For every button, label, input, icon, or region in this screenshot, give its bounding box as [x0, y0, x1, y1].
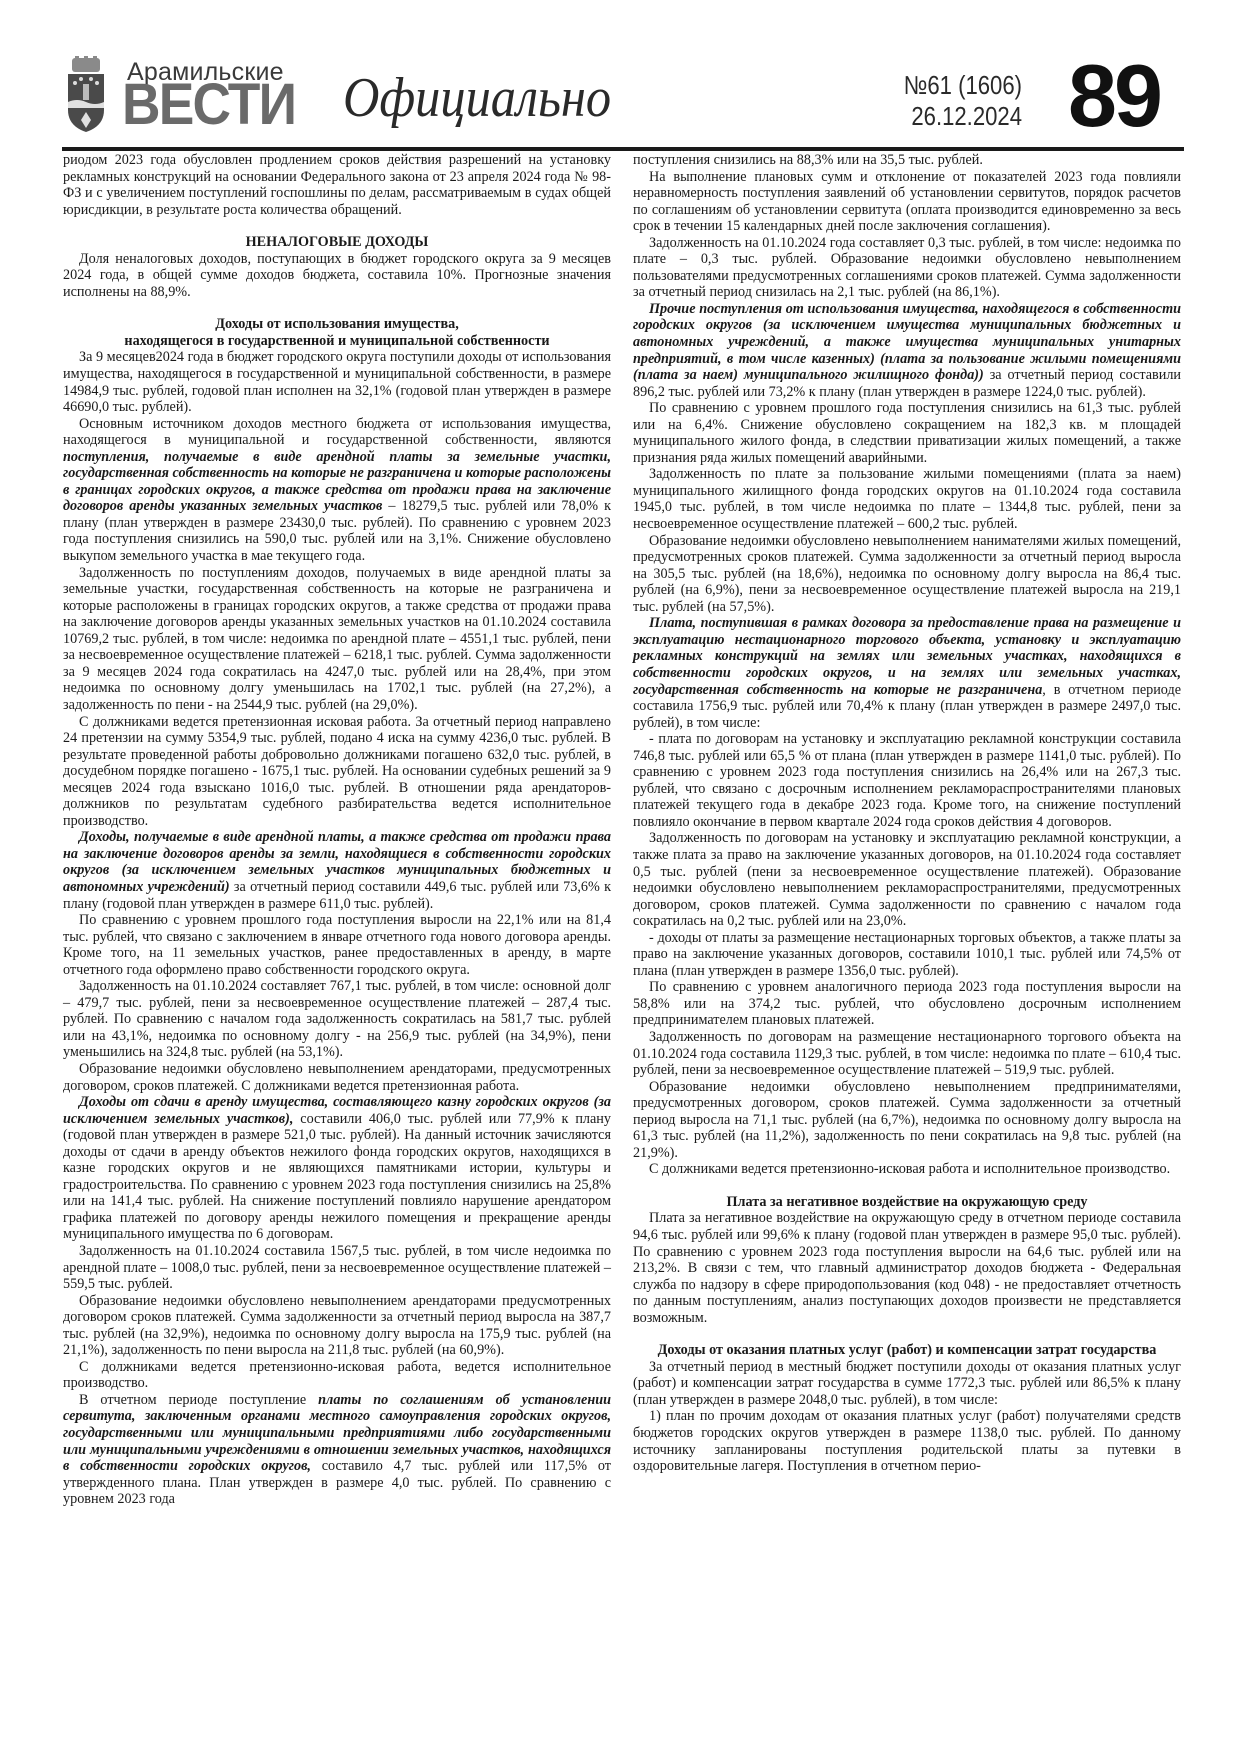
paragraph: Плата за негативное воздействие на окруж… — [633, 1210, 1181, 1326]
paragraph: Образование недоимки обусловлено невыпол… — [633, 533, 1181, 616]
issue-date: 26.12.2024 — [903, 101, 1022, 132]
column-right: поступления снизились на 88,3% или на 35… — [633, 152, 1181, 1475]
paragraph: Доходы, получаемые в виде арендной платы… — [63, 829, 611, 912]
paragraph: Задолженность по договорам на установку … — [633, 830, 1181, 929]
paragraph: поступления снизились на 88,3% или на 35… — [633, 152, 1181, 169]
newspaper-header: Арамильские ВЕСТИ Официально №61 (1606) … — [60, 50, 1188, 146]
paragraph: Прочие поступления от использования имущ… — [633, 301, 1181, 400]
issue-number: №61 (1606) — [903, 70, 1022, 101]
paragraph: Образование недоимки обусловлено невыпол… — [63, 1293, 611, 1359]
heading-line: Доходы от использования имущества, — [215, 316, 459, 332]
text: В отчетном периоде поступление — [79, 1392, 318, 1408]
paragraph: Плата, поступившая в рамках договора за … — [633, 615, 1181, 731]
paragraph: Основным источником доходов местного бюд… — [63, 416, 611, 565]
issue-info: №61 (1606) 26.12.2024 — [903, 70, 1022, 132]
paragraph: риодом 2023 года обусловлен продлением с… — [63, 152, 611, 218]
paragraph: Задолженность на 01.10.2024 составила 15… — [63, 1243, 611, 1293]
paragraph: С должниками ведется претензионная исков… — [63, 714, 611, 830]
paragraph: За отчетный период в местный бюджет пост… — [633, 1359, 1181, 1409]
section-title: Официально — [343, 66, 611, 130]
paragraph: На выполнение плановых сумм и отклонение… — [633, 169, 1181, 235]
paragraph: С должниками ведется претензионно-искова… — [633, 1161, 1181, 1178]
paragraph: 1) план по прочим доходам от оказания пл… — [633, 1408, 1181, 1474]
paragraph: Доходы от сдачи в аренду имущества, сост… — [63, 1094, 611, 1243]
paragraph: Задолженность на 01.10.2024 составляет 7… — [63, 978, 611, 1061]
paragraph: Задолженность по поступлениям доходов, п… — [63, 565, 611, 714]
paragraph: Задолженность по плате за пользование жи… — [633, 466, 1181, 532]
heading-environmental-fee: Плата за негативное воздействие на окруж… — [633, 1194, 1181, 1211]
header-divider — [62, 147, 1184, 151]
paragraph: За 9 месяцев2024 года в бюджет городског… — [63, 349, 611, 415]
paragraph: В отчетном периоде поступление платы по … — [63, 1392, 611, 1508]
paragraph: Задолженность на 01.10.2024 года составл… — [633, 235, 1181, 301]
page-number: 89 — [1068, 48, 1160, 144]
paragraph: Задолженность по договорам на размещение… — [633, 1029, 1181, 1079]
text: Основным источником доходов местного бюд… — [63, 416, 611, 449]
paragraph: Доля неналоговых доходов, поступающих в … — [63, 251, 611, 301]
paragraph: С должниками ведется претензионно-искова… — [63, 1359, 611, 1392]
paragraph: - плата по договорам на установку и эксп… — [633, 731, 1181, 830]
paragraph: По сравнению с уровнем прошлого года пос… — [633, 400, 1181, 466]
heading-paid-services-income: Доходы от оказания платных услуг (работ)… — [633, 1342, 1181, 1359]
newspaper-logo-main: ВЕСТИ — [122, 76, 295, 134]
paragraph: Образование недоимки обусловлено невыпол… — [63, 1061, 611, 1094]
text: составили 406,0 тыс. рублей или 77,9% к … — [63, 1111, 611, 1243]
city-crest-icon — [66, 56, 106, 132]
paragraph: По сравнению с уровнем аналогичного пери… — [633, 979, 1181, 1029]
heading-property-income: Доходы от использования имущества,находя… — [63, 316, 611, 349]
heading-nontax-income: НЕНАЛОГОВЫЕ ДОХОДЫ — [63, 234, 611, 251]
paragraph: Образование недоимки обусловлено невыпол… — [633, 1079, 1181, 1162]
paragraph: - доходы от платы за размещение нестацио… — [633, 930, 1181, 980]
paragraph: По сравнению с уровнем прошлого года пос… — [63, 912, 611, 978]
heading-line: находящегося в государственной и муницип… — [124, 333, 549, 349]
column-left: риодом 2023 года обусловлен продлением с… — [63, 152, 611, 1508]
